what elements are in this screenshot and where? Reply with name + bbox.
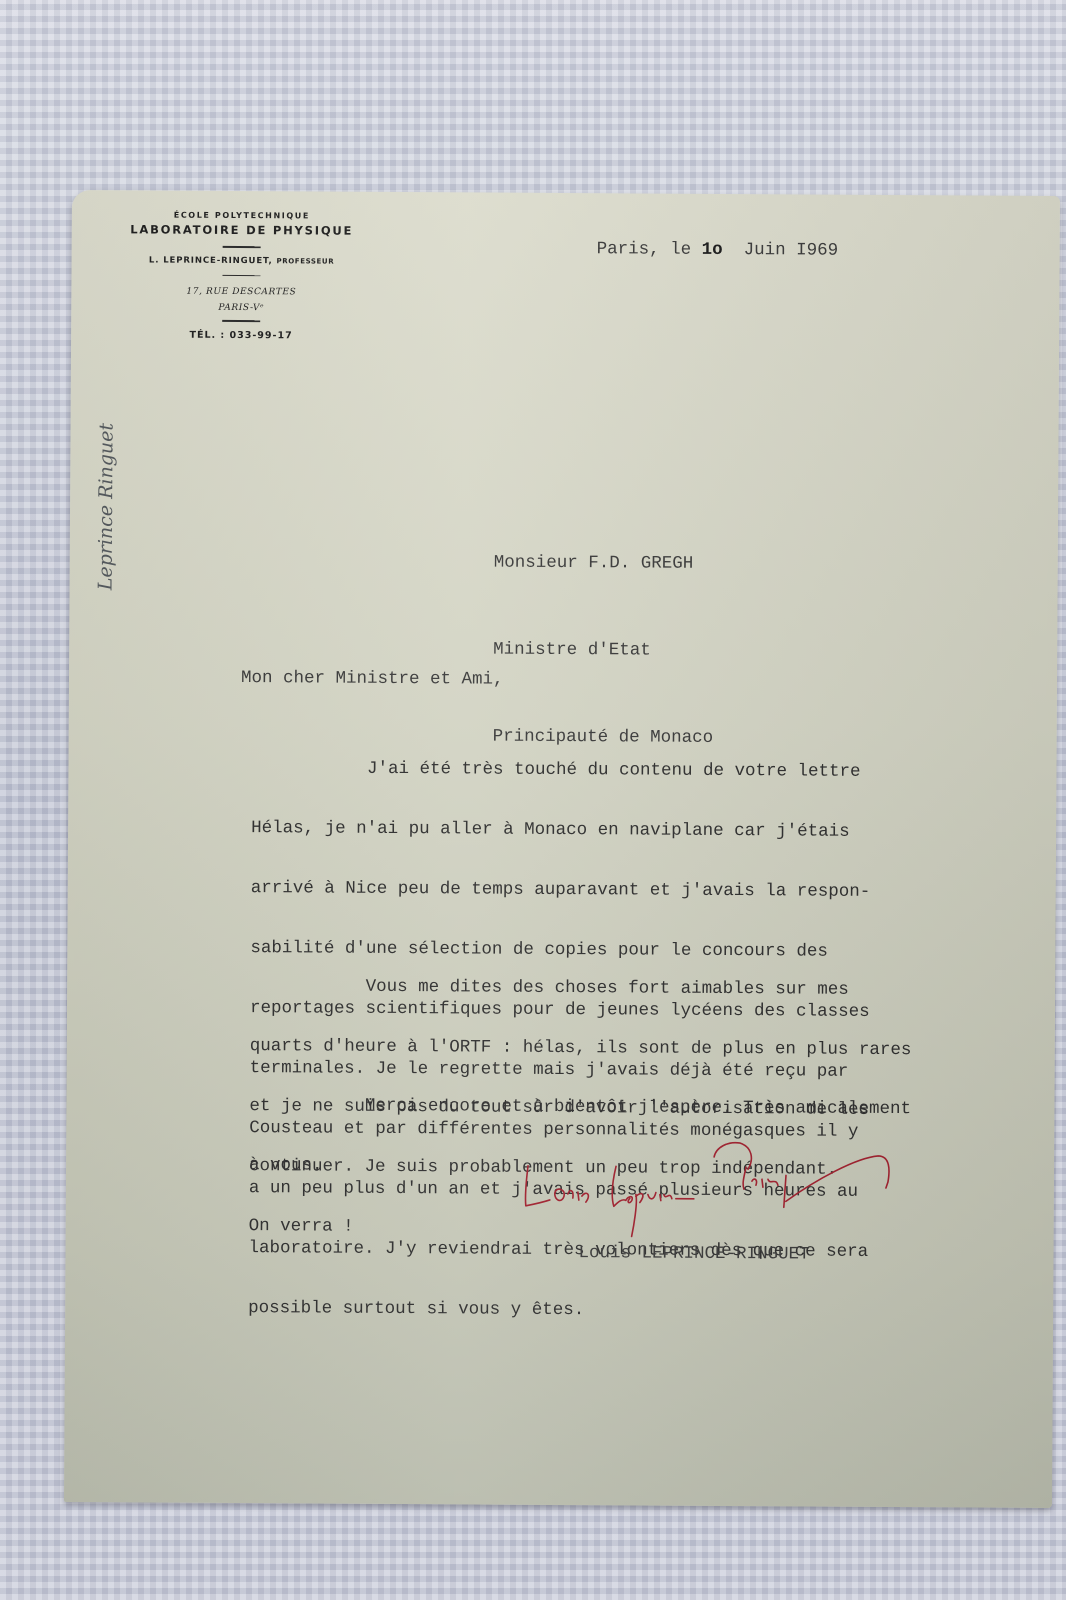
handwritten-signature [516,1128,907,1240]
typed-signatory-name: Louis LEPRINCE-RINGUET [578,1243,809,1264]
letterhead-professor: L. LEPRINCE-RINGUET, PROFESSEUR [127,255,357,266]
letterhead-telephone: TÉL. : 033-99-17 [126,329,356,341]
recipient-line: Monsieur F.D. GREGH [494,549,715,579]
professor-title: PROFESSEUR [277,257,335,265]
letter-paper: ÉCOLE POLYTECHNIQUE LABORATOIRE DE PHYSI… [64,190,1060,1508]
recipient-line: Ministre d'Etat [493,636,714,666]
letterhead-laboratory: LABORATOIRE DE PHYSIQUE [127,222,357,237]
text-line: possible surtout si vous y êtes. [248,1298,868,1322]
letterhead-divider [222,274,260,276]
letter-date: Paris, le 1o Juin I969 [597,239,839,260]
date-prefix: Paris, le [597,239,702,260]
handwritten-margin-note: Leprince Ringuet [95,423,118,590]
letterhead: ÉCOLE POLYTECHNIQUE LABORATOIRE DE PHYSI… [126,210,357,341]
letterhead-divider [222,320,260,322]
date-day: 1o [702,240,723,260]
date-suffix: Juin I969 [723,240,839,261]
text-line: arrivé à Nice peu de temps auparavant et… [251,878,871,902]
text-line: J'ai été très touché du contenu de votre… [251,758,871,782]
letterhead-school: ÉCOLE POLYTECHNIQUE [127,210,357,220]
text-line: Hélas, je n'ai pu aller à Monaco en navi… [251,818,871,842]
letterhead-address-line2: PARIS-Vᵉ [126,299,356,316]
salutation: Mon cher Ministre et Ami, [241,668,504,690]
letterhead-divider [223,246,261,248]
text-line: Vous me dites des choses fort aimables s… [250,976,912,1000]
letterhead-address-line1: 17, RUE DESCARTES [126,283,356,300]
text-line: Merci encore et à bientôt j'espère. Très… [249,1095,911,1119]
professor-name: L. LEPRINCE-RINGUET, [149,255,273,266]
